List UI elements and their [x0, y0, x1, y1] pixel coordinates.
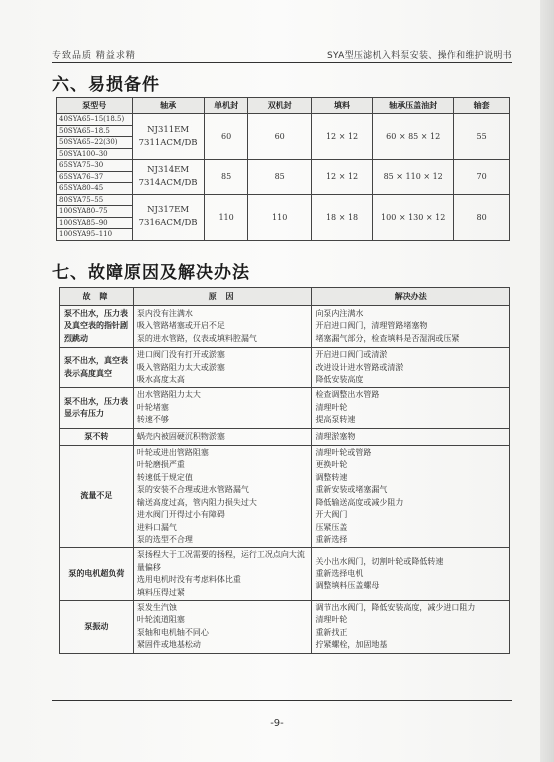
fault: 泵不转 [60, 428, 134, 445]
causes: 泵发生汽蚀 叶轮流道阻塞 泵轴和电机轴不同心 紧固件或地基松动 [133, 600, 312, 653]
bearing-cell: NJ311EM 7311ACM/DB [132, 114, 204, 160]
document-page: 专致品质 精益求精 SYA型压滤机入料泵安装、操作和维护说明书 六、易损备件 泵… [0, 0, 554, 762]
pump-model: 65SYA76–37 [57, 171, 133, 183]
solutions: 调节出水阀门，降低安装高度，减少进口阻力 清理叶轮 重新找正 拧紧螺栓，加固地基 [312, 600, 510, 653]
pump-model: 50SYA65–22(30) [57, 137, 133, 149]
table-row: 泵的电机超负荷 泵扬程大于工况需要的扬程，运行工况点向大流量偏移 选用电机时没有… [60, 548, 510, 601]
causes: 叶轮或进出管路阻塞 叶轮磨损严重 转速低于规定值 泵的安装不合理或进水管路漏气 … [133, 446, 312, 548]
cause: 泵发生汽蚀 [137, 602, 309, 614]
table-row: 65SYA75–30 NJ314EM 7314ACM/DB 85 85 12 ×… [57, 160, 510, 172]
fault: 泵不出水，真空表表示高度真空 [60, 348, 134, 388]
fault: 流量不足 [60, 446, 134, 548]
solution: 更换叶轮 [315, 459, 506, 471]
solution: 调节出水阀门，降低安装高度，减少进口阻力 [315, 602, 506, 614]
pump-model: 65SYA75–30 [57, 160, 133, 172]
solution: 拧紧螺栓，加固地基 [315, 639, 506, 651]
solution: 改进设计进水管路或清淤 [315, 362, 506, 374]
table-row: 泵不转 蜗壳内被固硬沉积物淤塞 清理淤塞物 [60, 428, 510, 445]
bearing-1: NJ317EM [133, 204, 204, 217]
bearing-cell: NJ314EM 7314ACM/DB [132, 160, 204, 195]
table-row: 泵不出水，压力表显示有压力 出水管路阻力太大 叶轮堵塞 转速不够 检查调整出水管… [60, 388, 510, 428]
cause: 输送高度过高，管内阻力损失过大 [137, 497, 309, 509]
cause: 叶轮堵塞 [137, 402, 309, 414]
solution: 开启进口阀门或清淤 [315, 349, 506, 361]
cause: 选用电机时没有考虑料体比重 [137, 574, 309, 586]
table-row: 40SYA65–15(18.5) NJ311EM 7311ACM/DB 60 6… [57, 114, 510, 126]
solution: 清理叶轮 [315, 402, 506, 414]
solutions: 清理淤塞物 [312, 428, 510, 445]
spare-parts-table: 泵型号 轴承 单机封 双机封 填料 轴承压盖油封 轴套 40SYA65–15(1… [56, 97, 510, 241]
packing: 12 × 12 [311, 160, 372, 195]
solution: 开大阀门 [315, 509, 506, 521]
bearing-1: NJ314EM [133, 164, 204, 177]
page-number: -9- [0, 718, 554, 729]
cause: 叶轮磨损严重 [137, 459, 309, 471]
cause: 进料口漏气 [137, 522, 309, 534]
cause: 叶轮流道阻塞 [137, 614, 309, 626]
troubleshooting-table: 故 障 原 因 解决办法 泵不出水，压力表及真空表的指针剧烈跳动 泵内没有注满水… [59, 287, 510, 654]
pump-model: 100SYA95–110 [57, 229, 133, 241]
pump-model: 50SYA65–18.5 [57, 125, 133, 137]
spare-parts-header-row: 泵型号 轴承 单机封 双机封 填料 轴承压盖油封 轴套 [57, 98, 510, 114]
cause: 填料压得过紧 [137, 587, 309, 599]
cause: 泵扬程大于工况需要的扬程，运行工况点向大流量偏移 [137, 549, 309, 574]
cause: 转速低于规定值 [137, 472, 309, 484]
bearing-1: NJ311EM [133, 124, 204, 137]
footer-rule [52, 700, 512, 701]
pump-model: 50SYA100–30 [57, 148, 133, 160]
fault: 泵的电机超负荷 [60, 548, 134, 601]
cause: 吸入管路堵塞或开启不足 [137, 320, 309, 332]
solution: 重新选择电机 [315, 568, 506, 580]
solution: 堵塞漏气部分，检查填料是否湿润或压紧 [315, 333, 506, 345]
packing: 12 × 12 [311, 114, 372, 160]
table-row: 泵振动 泵发生汽蚀 叶轮流道阻塞 泵轴和电机轴不同心 紧固件或地基松动 调节出水… [60, 600, 510, 653]
cause: 泵的选型不合理 [137, 534, 309, 546]
cause: 进口阀门没有打开或淤塞 [137, 349, 309, 361]
cause: 泵的进水管路，仪表或填料腔漏气 [137, 333, 309, 345]
troubleshooting-header-row: 故 障 原 因 解决办法 [60, 288, 510, 306]
cause: 转速不够 [137, 414, 309, 426]
col-sleeve: 轴套 [454, 98, 510, 114]
pump-model: 100SYA80–75 [57, 206, 133, 218]
cause: 泵内没有注满水 [137, 308, 309, 320]
causes: 出水管路阻力太大 叶轮堵塞 转速不够 [133, 388, 312, 428]
oil-seal: 100 × 130 × 12 [373, 194, 454, 240]
col-oil-seal: 轴承压盖油封 [373, 98, 454, 114]
oil-seal: 85 × 110 × 12 [373, 160, 454, 195]
solution: 清理叶轮或管路 [315, 447, 506, 459]
col-cause: 原 因 [133, 288, 312, 306]
cause: 紧固件或地基松动 [137, 639, 309, 651]
table-row: 80SYA75–55 NJ317EM 7316ACM/DB 110 110 18… [57, 194, 510, 206]
causes: 进口阀门没有打开或淤塞 吸入管路阻力太大或淤塞 吸水高度太高 [133, 348, 312, 388]
cause: 吸入管路阻力太大或淤塞 [137, 362, 309, 374]
solution: 降低输送高度或减少阻力 [315, 497, 506, 509]
pump-model: 100SYA85–90 [57, 217, 133, 229]
pump-model: 65SYA80–45 [57, 183, 133, 195]
solution: 重新选择 [315, 534, 506, 546]
solution: 降低安装高度 [315, 374, 506, 386]
col-pump-model: 泵型号 [57, 98, 133, 114]
sleeve: 70 [454, 160, 510, 195]
fault: 泵不出水，压力表显示有压力 [60, 388, 134, 428]
col-bearing: 轴承 [132, 98, 204, 114]
bearing-2: 7314ACM/DB [133, 177, 204, 190]
solution: 重新找正 [315, 627, 506, 639]
single-seal: 110 [204, 194, 248, 240]
solution: 调整转速 [315, 472, 506, 484]
solution: 重新安装或堵塞漏气 [315, 484, 506, 496]
table-row: 泵不出水，真空表表示高度真空 进口阀门没有打开或淤塞 吸入管路阻力太大或淤塞 吸… [60, 348, 510, 388]
double-seal: 60 [248, 114, 311, 160]
cause: 蜗壳内被固硬沉积物淤塞 [137, 431, 309, 443]
pump-model: 40SYA65–15(18.5) [57, 114, 133, 126]
solution: 检查调整出水管路 [315, 389, 506, 401]
col-single-seal: 单机封 [204, 98, 248, 114]
sleeve: 55 [454, 114, 510, 160]
solutions: 检查调整出水管路 清理叶轮 提高泵转速 [312, 388, 510, 428]
solution: 提高泵转速 [315, 414, 506, 426]
oil-seal: 60 × 85 × 12 [373, 114, 454, 160]
solutions: 向泵内注满水 开启进口阀门，清理管路堵塞物 堵塞漏气部分，检查填料是否湿润或压紧 [312, 306, 510, 348]
section-7-title: 七、故障原因及解决办法 [52, 258, 250, 283]
fault: 泵不出水，压力表及真空表的指针剧烈跳动 [60, 306, 134, 348]
cause: 进水阀门开得过小有障碍 [137, 509, 309, 521]
col-solution: 解决办法 [312, 288, 510, 306]
table-row: 泵不出水，压力表及真空表的指针剧烈跳动 泵内没有注满水 吸入管路堵塞或开启不足 … [60, 306, 510, 348]
sleeve: 80 [454, 194, 510, 240]
double-seal: 110 [248, 194, 311, 240]
causes: 泵扬程大于工况需要的扬程，运行工况点向大流量偏移 选用电机时没有考虑料体比重 填… [133, 548, 312, 601]
cause: 出水管路阻力太大 [137, 389, 309, 401]
double-seal: 85 [248, 160, 311, 195]
solution: 清理叶轮 [315, 614, 506, 626]
solution: 调整填料压盖螺母 [315, 580, 506, 592]
section-6-title: 六、易损备件 [52, 70, 160, 95]
cause: 泵轴和电机轴不同心 [137, 627, 309, 639]
pump-model: 80SYA75–55 [57, 194, 133, 206]
cause: 泵的安装不合理或进水管路漏气 [137, 484, 309, 496]
scan-edge [540, 0, 554, 762]
solution: 关小出水阀门，切割叶轮或降低转速 [315, 556, 506, 568]
header-manual-title: SYA型压滤机入料泵安装、操作和维护说明书 [327, 48, 512, 61]
bearing-2: 7316ACM/DB [133, 217, 204, 230]
solution: 开启进口阀门，清理管路堵塞物 [315, 320, 506, 332]
col-double-seal: 双机封 [248, 98, 311, 114]
page-header: 专致品质 精益求精 SYA型压滤机入料泵安装、操作和维护说明书 [52, 48, 512, 63]
causes: 蜗壳内被固硬沉积物淤塞 [133, 428, 312, 445]
col-packing: 填料 [311, 98, 372, 114]
cause: 吸水高度太高 [137, 374, 309, 386]
solutions: 关小出水阀门，切割叶轮或降低转速 重新选择电机 调整填料压盖螺母 [312, 548, 510, 601]
causes: 泵内没有注满水 吸入管路堵塞或开启不足 泵的进水管路，仪表或填料腔漏气 [133, 306, 312, 348]
col-fault: 故 障 [60, 288, 134, 306]
bearing-cell: NJ317EM 7316ACM/DB [132, 194, 204, 240]
solution: 向泵内注满水 [315, 308, 506, 320]
fault: 泵振动 [60, 600, 134, 653]
header-slogan: 专致品质 精益求精 [52, 48, 136, 61]
single-seal: 85 [204, 160, 248, 195]
bearing-2: 7311ACM/DB [133, 137, 204, 150]
table-row: 流量不足 叶轮或进出管路阻塞 叶轮磨损严重 转速低于规定值 泵的安装不合理或进水… [60, 446, 510, 548]
packing: 18 × 18 [311, 194, 372, 240]
solutions: 清理叶轮或管路 更换叶轮 调整转速 重新安装或堵塞漏气 降低输送高度或减少阻力 … [312, 446, 510, 548]
solution: 压紧压盖 [315, 522, 506, 534]
solution: 清理淤塞物 [315, 431, 506, 443]
solutions: 开启进口阀门或清淤 改进设计进水管路或清淤 降低安装高度 [312, 348, 510, 388]
cause: 叶轮或进出管路阻塞 [137, 447, 309, 459]
single-seal: 60 [204, 114, 248, 160]
